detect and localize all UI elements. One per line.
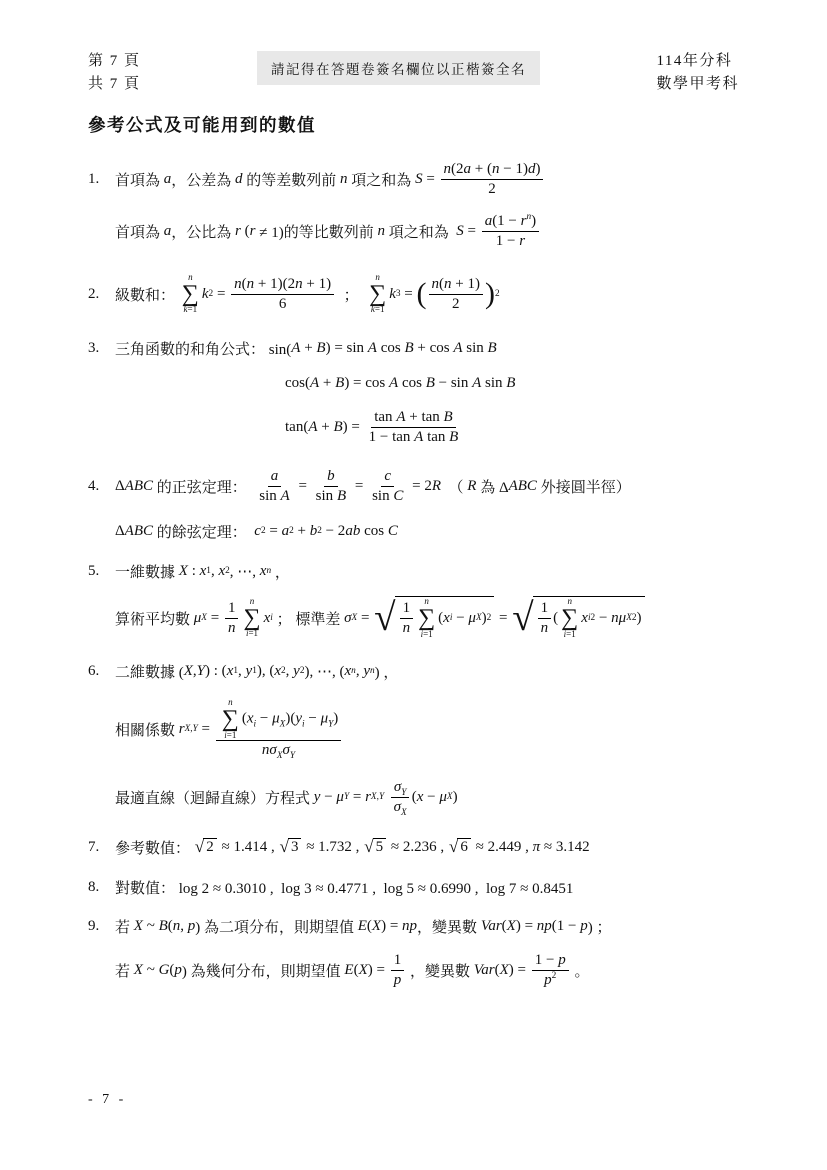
math-text: ,: [180, 918, 188, 935]
numerator: 1: [538, 599, 552, 619]
math-text: =1: [188, 304, 198, 314]
math-var: n: [228, 620, 236, 636]
math-text: − 1): [500, 161, 528, 177]
item-lines: 若 X ~ B(n, p) 為二項分布，則期望值 E(X) = np，變異數 V…: [115, 909, 767, 997]
math-var: n: [234, 276, 242, 292]
math-text: Δ: [115, 523, 125, 540]
denominator: 1 − r: [493, 232, 528, 251]
math-var: a: [164, 223, 172, 240]
sigma-symbol: ∑: [418, 607, 435, 630]
math-text: 1 −: [535, 952, 558, 968]
math-text: =: [401, 286, 417, 303]
math-text: tan: [374, 409, 396, 425]
math-var: x: [417, 789, 424, 806]
denominator: 1 − tan A tan B: [366, 428, 462, 447]
math-var: n: [541, 620, 549, 636]
math-var: E: [344, 962, 353, 979]
math-var: X: [134, 918, 143, 935]
sum-lower-limit: i=1: [421, 630, 433, 640]
item-lines: 參考數值： √2 ≈ 1.414 , √3 ≈ 1.732 , √5 ≈ 2.2…: [115, 829, 767, 865]
math-text: ≈ 2.449 ,: [472, 839, 533, 856]
math-var: A: [414, 429, 423, 445]
math-text: Δ: [115, 478, 125, 495]
math-var: d: [235, 171, 243, 188]
math-var: B: [449, 429, 458, 445]
math-var: B: [337, 488, 346, 504]
denominator: 2: [449, 295, 463, 314]
sigma-symbol: ∑: [243, 607, 260, 630]
math-text: cos: [360, 523, 388, 540]
numerator: n(n + 1)(2n + 1): [231, 275, 334, 295]
math-text: 項之和為: [348, 169, 416, 190]
math-text: 算術平均數: [115, 608, 194, 629]
denominator: 6: [276, 295, 290, 314]
math-var: nμ: [611, 610, 626, 627]
math-var: n: [295, 276, 303, 292]
numerator: b: [324, 467, 338, 487]
math-text: ) : (: [205, 663, 227, 680]
math-var: R: [432, 478, 441, 495]
numerator: n(n + 1): [429, 275, 483, 295]
math-var: x: [227, 663, 234, 680]
formula-line: 首項為 a，公比為 r (r ≠ 1)的等比數列前 n 項之和為 S = a(1…: [115, 205, 767, 257]
math-var: C: [393, 488, 403, 504]
math-text: ): [453, 789, 458, 806]
formula-list: 1.首項為 a，公差為 d 的等差數列前 n 項之和為 S = n(2a + (…: [88, 153, 767, 1003]
math-text: 2: [452, 296, 460, 312]
math-text: ), (: [257, 663, 275, 680]
math-text: （: [441, 476, 467, 497]
math-var: x: [200, 563, 207, 580]
math-text: −: [452, 610, 468, 627]
math-var: ABC: [509, 478, 537, 495]
square-root: √1nn∑i=1(xi − μX)2: [374, 596, 494, 640]
math-text: 2: [488, 181, 496, 197]
list-item: 7.參考數值： √2 ≈ 1.414 , √3 ≈ 1.732 , √5 ≈ 2…: [88, 829, 767, 865]
math-var: n: [444, 276, 452, 292]
denominator: 2: [485, 180, 499, 199]
list-item: 4.ΔABC 的正弦定理： asin A = bsin B = csin C =…: [88, 459, 767, 549]
numerator: n(2a + (n − 1)d): [441, 160, 544, 180]
math-var: A: [389, 375, 398, 392]
math-var: X: [134, 962, 143, 979]
denominator: sin C: [369, 487, 406, 506]
math-text: (1 −: [492, 213, 520, 229]
math-text: ~: [143, 962, 159, 979]
item-number: 5.: [88, 555, 115, 587]
numerator: 1: [400, 599, 414, 619]
math-text: ，公差為: [171, 169, 235, 190]
math-var: p: [558, 952, 566, 968]
math-text: 1: [403, 600, 411, 616]
math-text: ), ⋯, (: [305, 662, 345, 681]
exam-title-block: 114年分科 數學甲考科: [656, 50, 739, 97]
math-text: (2: [451, 161, 464, 177]
subscript: X: [401, 808, 407, 818]
radical-symbol: √: [374, 598, 395, 637]
math-text: tan: [423, 429, 449, 445]
math-text: 2: [495, 289, 500, 299]
fraction: n(n + 1)2: [429, 275, 483, 314]
math-text: sin: [316, 488, 337, 504]
math-text: (1 −: [552, 918, 580, 935]
math-var: np: [402, 918, 417, 935]
denominator: nσXσY: [259, 741, 298, 760]
numerator: 1: [391, 951, 405, 971]
square-root: √1n(n∑i=1xi2 − nμX2): [512, 596, 644, 640]
formula-line: 算術平均數 μX = 1nn∑i=1xi ； 標準差 σX = √1nn∑i=1…: [115, 587, 767, 649]
math-var: ABC: [125, 523, 153, 540]
fraction: 1n: [225, 599, 239, 638]
item-number: 3.: [88, 331, 115, 365]
formula-line: ΔABC 的餘弦定理： c2 = a2 + b2 − 2ab cos C: [115, 513, 767, 549]
math-text: =: [213, 286, 229, 303]
formula-line: 二維數據 (X,Y) : (x1, y1), (x2, y2), ⋯, (xn,…: [115, 655, 767, 687]
math-text: ，公比為: [171, 221, 235, 242]
numerator: a(1 − rn): [482, 212, 539, 232]
math-text: 1 − tan: [369, 429, 415, 445]
math-var: A: [308, 419, 317, 436]
math-text: ~: [143, 918, 159, 935]
exam-year-line: 114年分科: [656, 50, 739, 73]
math-var: n: [444, 161, 452, 177]
page-header: 第 7 頁 共 7 頁 請記得在答題卷簽名欄位以正楷簽全名 114年分科 數學甲…: [88, 50, 739, 97]
item-lines: 對數值： log 2 ≈ 0.3010 , log 3 ≈ 0.4771 , l…: [115, 871, 767, 903]
math-var: E: [358, 918, 367, 935]
math-text: + tan: [405, 409, 443, 425]
math-var: σ: [344, 610, 351, 627]
formula-line: 相關係數 rX,Y = n∑i=1(xi − μX)(yi − μY)nσXσY: [115, 687, 767, 771]
math-var: X: [179, 563, 188, 580]
radicand: 5: [373, 838, 387, 856]
math-text: tan(: [285, 419, 308, 436]
math-var: y: [363, 663, 370, 680]
item-number: 7.: [88, 829, 115, 865]
formula-line: 一維數據 X : x1, x2, ⋯, xn ，: [115, 555, 767, 587]
item-lines: 級數和： n∑k=1k2 = n(n + 1)(2n + 1)6 ； n∑k=1…: [115, 263, 767, 325]
sum-lower-limit: k=1: [371, 305, 385, 315]
math-var: G: [159, 962, 170, 979]
math-var: x: [345, 663, 352, 680]
math-text: =: [351, 478, 367, 495]
math-text: =: [423, 171, 439, 188]
math-var: r: [519, 233, 525, 249]
math-text: 為 Δ: [476, 476, 508, 497]
math-var: Var: [474, 962, 495, 979]
math-text: −: [423, 789, 439, 806]
math-text: ) =: [381, 918, 402, 935]
math-text: 若: [115, 916, 134, 937]
item-number: 4.: [88, 459, 115, 513]
sigma-symbol: ∑: [369, 283, 386, 306]
item-lines: ΔABC 的正弦定理： asin A = bsin B = csin C = 2…: [115, 459, 767, 549]
math-text: + 1): [303, 276, 331, 292]
item-number: 2.: [88, 263, 115, 325]
list-item: 6.二維數據 (X,Y) : (x1, y1), (x2, y2), ⋯, (x…: [88, 655, 767, 823]
math-var: S: [456, 223, 464, 240]
math-text: 首項為: [115, 221, 164, 242]
math-var: Var: [481, 918, 502, 935]
math-text: ): [531, 213, 536, 229]
formula-line: 若 X ~ G(p) 為幾何分布，則期望值 E(X) = 1p ，變異數 Var…: [115, 943, 767, 997]
math-text: =: [198, 721, 214, 738]
math-text: 1: [228, 600, 236, 616]
math-text: 二維數據 (: [115, 661, 184, 682]
formula-line: 三角函數的和角公式： sin(A + B) = sin A cos B + co…: [115, 331, 767, 365]
math-text: ): [637, 610, 642, 627]
math-var: B: [444, 409, 453, 425]
fraction: 1p: [391, 951, 405, 990]
math-text: ；: [336, 284, 366, 305]
denominator: p: [391, 971, 405, 990]
math-text: 2: [487, 613, 492, 623]
math-text: −: [305, 711, 321, 727]
math-text: ) ，: [375, 661, 399, 682]
math-var: x: [218, 563, 225, 580]
math-var: a: [164, 171, 172, 188]
math-var: σ: [283, 742, 290, 758]
math-text: 三角函數的和角公式： sin(: [115, 338, 291, 359]
math-text: 3: [291, 839, 299, 856]
math-text: −: [320, 789, 336, 806]
math-text: ≈ 1.414 ,: [218, 839, 279, 856]
math-var: B: [488, 340, 497, 357]
sigma-symbol: ∑: [561, 607, 578, 630]
numerator: σY: [391, 778, 410, 798]
math-var: X: [401, 808, 407, 818]
math-var: A: [310, 375, 319, 392]
math-text: 相關係數: [115, 719, 179, 740]
math-text: 首項為: [115, 169, 164, 190]
superscript: 2: [552, 971, 557, 981]
fraction: 1n: [538, 599, 552, 638]
summation: n∑i=1: [418, 597, 435, 640]
math-text: 的正弦定理：: [153, 476, 254, 497]
formula-line: tan(A + B) = tan A + tan B1 − tan A tan …: [285, 401, 767, 453]
math-text: =: [207, 610, 223, 627]
numerator: n∑i=1(xi − μX)(yi − μY): [216, 698, 342, 742]
formula-line: 最適直線（迴歸直線）方程式 y − μY = rX,YσYσX(x − μX): [115, 771, 767, 823]
formula-line: 對數值： log 2 ≈ 0.3010 , log 3 ≈ 0.4771 , l…: [115, 871, 767, 903]
denominator: n: [225, 619, 239, 638]
summation: n∑k=1: [369, 273, 386, 316]
math-text: cos: [398, 375, 426, 392]
math-var: x: [443, 610, 450, 627]
denominator: sin A: [256, 487, 292, 506]
math-text: +: [300, 340, 316, 357]
numerator: c: [381, 467, 394, 487]
math-var: p: [544, 972, 552, 988]
list-item: 1.首項為 a，公差為 d 的等差數列前 n 項之和為 S = n(2a + (…: [88, 153, 767, 257]
math-text: 1 −: [496, 233, 519, 249]
list-item: 9.若 X ~ B(n, p) 為二項分布，則期望值 E(X) = np，變異數…: [88, 909, 767, 997]
math-text: =: [295, 478, 311, 495]
item-number: 1.: [88, 153, 115, 205]
math-text: (: [241, 223, 250, 240]
math-var: μ: [439, 789, 447, 806]
math-var: n: [432, 276, 440, 292]
math-text: −: [256, 711, 272, 727]
summation: n∑k=1: [182, 273, 199, 316]
math-text: 項之和為: [385, 221, 456, 242]
page-number-line2: 共 7 頁: [88, 73, 141, 96]
formula-line: cos(A + B) = cos A cos B − sin A sin B: [285, 365, 767, 401]
math-text: ≈ 3.142: [540, 839, 589, 856]
math-var: x: [274, 663, 281, 680]
radicand: 6: [457, 838, 471, 856]
math-text: =: [464, 223, 480, 240]
math-var: x: [260, 563, 267, 580]
math-text: +: [294, 523, 310, 540]
square-root: √5: [364, 838, 386, 856]
sigma-symbol: ∑: [182, 283, 199, 306]
numerator: 1 − p: [532, 951, 569, 971]
math-text: ): [535, 161, 540, 177]
math-var: n: [377, 223, 385, 240]
fraction: csin C: [369, 467, 406, 506]
math-text: , ⋯,: [230, 562, 260, 581]
math-var: x: [247, 711, 254, 727]
math-var: Y: [197, 663, 205, 680]
page-footer: - 7 -: [88, 1092, 126, 1108]
formula-line: 級數和： n∑k=1k2 = n(n + 1)(2n + 1)6 ； n∑k=1…: [115, 263, 767, 325]
math-var: A: [368, 340, 377, 357]
fraction: n∑i=1(xi − μX)(yi − μY)nσXσY: [216, 698, 342, 760]
fraction: tan A + tan B1 − tan A tan B: [366, 408, 462, 447]
list-item: 5.一維數據 X : x1, x2, ⋯, xn ，算術平均數 μX = 1nn…: [88, 555, 767, 649]
math-text: ) 為二項分布，則期望值: [195, 916, 358, 937]
sigma-symbol: ∑: [222, 708, 239, 731]
math-var: X: [359, 962, 368, 979]
math-text: )(: [285, 711, 295, 727]
math-var: A: [472, 375, 481, 392]
math-var: C: [388, 523, 398, 540]
math-text: 5: [376, 839, 384, 856]
math-text: 2: [552, 971, 557, 981]
math-var: a: [464, 161, 472, 177]
fraction: 1 − pp2: [532, 951, 569, 990]
math-var: a: [271, 468, 279, 484]
exam-subject-line: 數學甲考科: [656, 73, 739, 96]
math-text: ，變異數: [417, 916, 481, 937]
list-item: 3.三角函數的和角公式： sin(A + B) = sin A cos B + …: [88, 331, 767, 453]
math-text: :: [188, 563, 200, 580]
sum-lower-limit: i=1: [564, 630, 576, 640]
radicand: 2: [203, 838, 217, 856]
math-var: B: [404, 340, 413, 357]
item-lines: 二維數據 (X,Y) : (x1, y1), (x2, y2), ⋯, (xn,…: [115, 655, 767, 823]
math-text: sin: [259, 488, 280, 504]
math-var: X: [372, 918, 381, 935]
numerator: tan A + tan B: [371, 408, 455, 428]
math-var: ab: [345, 523, 360, 540]
fraction: n(n + 1)(2n + 1)6: [231, 275, 334, 314]
fraction: asin A: [256, 467, 292, 506]
math-text: ) ；: [588, 916, 612, 937]
math-var: σ: [394, 799, 401, 815]
math-var: y: [293, 663, 300, 680]
math-var: B: [333, 419, 342, 436]
math-text: 外接圓半徑）: [537, 476, 631, 497]
numerator: a: [268, 467, 282, 487]
formula-line: 若 X ~ B(n, p) 為二項分布，則期望值 E(X) = np，變異數 V…: [115, 909, 767, 943]
math-text: =1: [248, 628, 258, 638]
sum-lower-limit: k=1: [184, 305, 198, 315]
math-text: =1: [227, 730, 237, 740]
math-text: 的等差數列前: [243, 169, 341, 190]
math-var: S: [415, 171, 423, 188]
denominator: n: [400, 619, 414, 638]
math-var: p: [394, 972, 402, 988]
math-var: k: [202, 286, 209, 303]
math-var: y: [295, 711, 302, 727]
math-text: ): [333, 711, 338, 727]
sum-lower-limit: i=1: [246, 629, 258, 639]
radicand: 3: [288, 838, 302, 856]
fraction: n(2a + (n − 1)d)2: [441, 160, 544, 199]
denominator: sin B: [313, 487, 349, 506]
math-text: ，變異數: [406, 960, 474, 981]
math-var: y: [314, 789, 321, 806]
math-text: +: [318, 419, 334, 436]
math-var: b: [310, 523, 318, 540]
signature-notice-banner: 請記得在答題卷簽名欄位以正楷簽全名: [257, 51, 540, 85]
math-text: +: [319, 375, 335, 392]
radical-symbol: √: [512, 598, 533, 637]
math-text: ≠ 1)的等比數列前: [255, 221, 377, 242]
math-var: R: [467, 478, 476, 495]
subscript: Y: [401, 788, 406, 798]
summation: n∑i=1: [243, 597, 260, 640]
math-text: ) = sin: [326, 340, 368, 357]
list-item: 8.對數值： log 2 ≈ 0.3010 , log 3 ≈ 0.4771 ,…: [88, 871, 767, 903]
math-text: =: [349, 789, 365, 806]
math-var: y: [246, 663, 253, 680]
math-text: −: [595, 610, 611, 627]
math-var: x: [264, 610, 271, 627]
math-var: μ: [336, 789, 344, 806]
math-var: B: [335, 375, 344, 392]
math-var: x: [581, 610, 588, 627]
math-text: − sin: [435, 375, 472, 392]
math-var: π: [533, 839, 541, 856]
fraction: a(1 − rn)1 − r: [482, 212, 539, 251]
math-text: =1: [375, 304, 385, 314]
denominator: p2: [541, 971, 559, 990]
math-text: ,: [238, 663, 246, 680]
numerator: 1: [225, 599, 239, 619]
math-var: μ: [321, 711, 329, 727]
math-var: b: [327, 468, 335, 484]
item-number: 9.: [88, 909, 115, 943]
math-text: ； 標準差: [273, 608, 344, 629]
math-var: c: [384, 468, 391, 484]
radicand: 1n(n∑i=1xi2 − nμX2): [533, 596, 645, 640]
list-item: 2.級數和： n∑k=1k2 = n(n + 1)(2n + 1)6 ； n∑k…: [88, 263, 767, 325]
math-var: X: [500, 962, 509, 979]
math-var: B: [159, 918, 168, 935]
math-text: ) =: [509, 962, 530, 979]
fraction: bsin B: [313, 467, 349, 506]
math-var: Y: [379, 792, 384, 802]
page-number-block: 第 7 頁 共 7 頁: [88, 50, 141, 97]
math-text: ≈ 1.732 ,: [302, 839, 363, 856]
math-text: 對數值： log 2 ≈ 0.3010 , log 3 ≈ 0.4771 , l…: [115, 877, 573, 898]
math-text: 的餘弦定理：: [153, 521, 254, 542]
item-lines: 首項為 a，公差為 d 的等差數列前 n 項之和為 S = n(2a + (n …: [115, 153, 767, 257]
item-number: 8.: [88, 871, 115, 903]
math-var: p: [174, 962, 182, 979]
